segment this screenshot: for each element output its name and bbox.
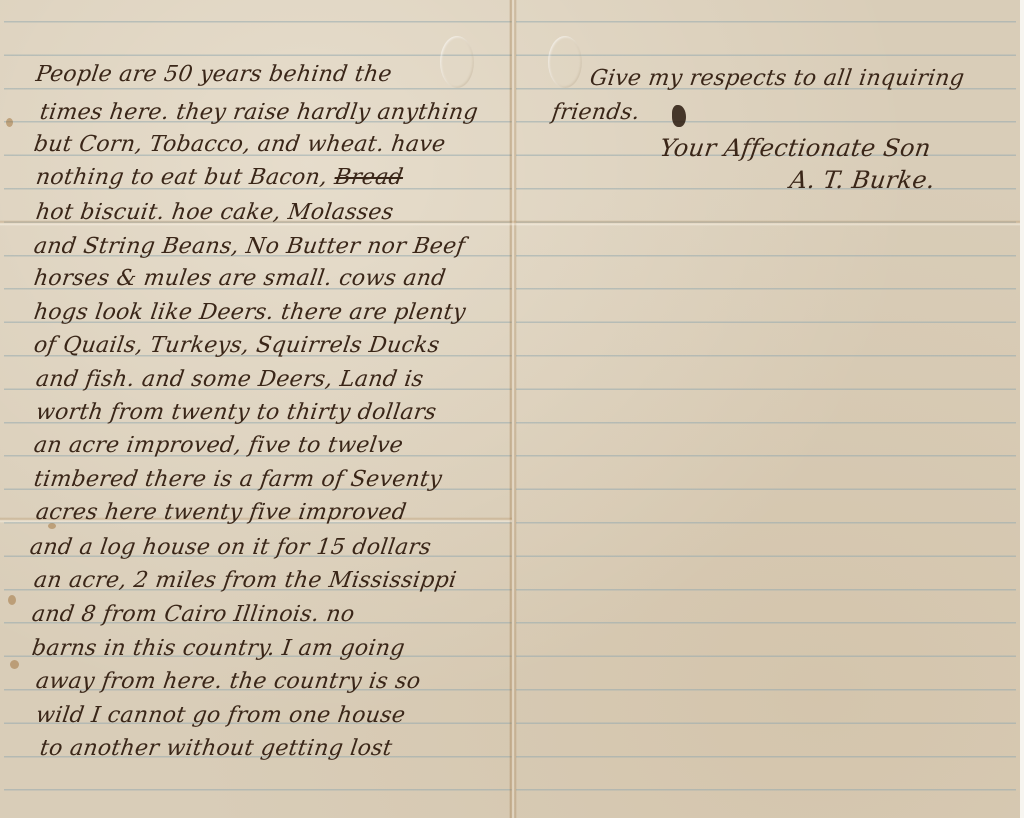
- letter-line: hot biscuit. hoe cake, Molasses: [34, 200, 395, 225]
- letter-line: an acre, 2 miles from the Mississippi: [32, 568, 458, 593]
- letter-line: acres here twenty five improved: [34, 500, 408, 525]
- paper-edge: [1020, 0, 1024, 818]
- letter-line: horses & mules are small. cows and: [32, 266, 447, 291]
- letter-line: Give my respects to all inquiring: [588, 66, 966, 91]
- letter-line: hogs look like Deers. there are plenty: [32, 300, 467, 325]
- letter-line-with-strike: nothing to eat but Bacon, Bread: [34, 165, 405, 190]
- letter-line: timbered there is a farm of Seventy: [32, 467, 443, 492]
- letter-line: away from here. the country is so: [34, 669, 422, 694]
- foxing-stain: [6, 118, 13, 127]
- letter-line: barns in this country. I am going: [30, 636, 406, 661]
- foxing-stain: [10, 660, 19, 669]
- letter-signature: A. T. Burke.: [788, 166, 937, 194]
- letter-line: to another without getting lost: [38, 736, 394, 761]
- letter-line: worth from twenty to thirty dollars: [34, 400, 438, 425]
- letter-line: People are 50 years behind the: [34, 62, 393, 87]
- letter-line: and 8 from Cairo Illinois. no: [30, 602, 356, 627]
- letter-line: and a log house on it for 15 dollars: [28, 535, 433, 560]
- letter-line: wild I cannot go from one house: [34, 703, 407, 728]
- letter-closing: Your Affectionate Son: [658, 134, 933, 162]
- embossed-stationery-mark-icon: [440, 36, 474, 88]
- letter-line: an acre improved, five to twelve: [32, 433, 404, 458]
- letter-line-text: nothing to eat but Bacon,: [34, 165, 329, 190]
- foxing-stain: [8, 595, 16, 605]
- letter-line: of Quails, Turkeys, Squirrels Ducks: [32, 333, 441, 358]
- letter-line: but Corn, Tobacco, and wheat. have: [32, 132, 447, 157]
- letter-line: times here. they raise hardly anything: [38, 100, 479, 125]
- embossed-stationery-mark-icon: [548, 36, 582, 88]
- letter-line: friends.: [550, 100, 641, 125]
- letter-sheet: People are 50 years behind the times her…: [0, 0, 1024, 818]
- letter-line: and String Beans, No Butter nor Beef: [32, 234, 466, 259]
- letter-line: and fish. and some Deers, Land is: [34, 367, 425, 392]
- struck-word: Bread: [333, 165, 405, 190]
- ink-blot: [672, 105, 686, 127]
- vertical-fold-crease: [509, 0, 517, 818]
